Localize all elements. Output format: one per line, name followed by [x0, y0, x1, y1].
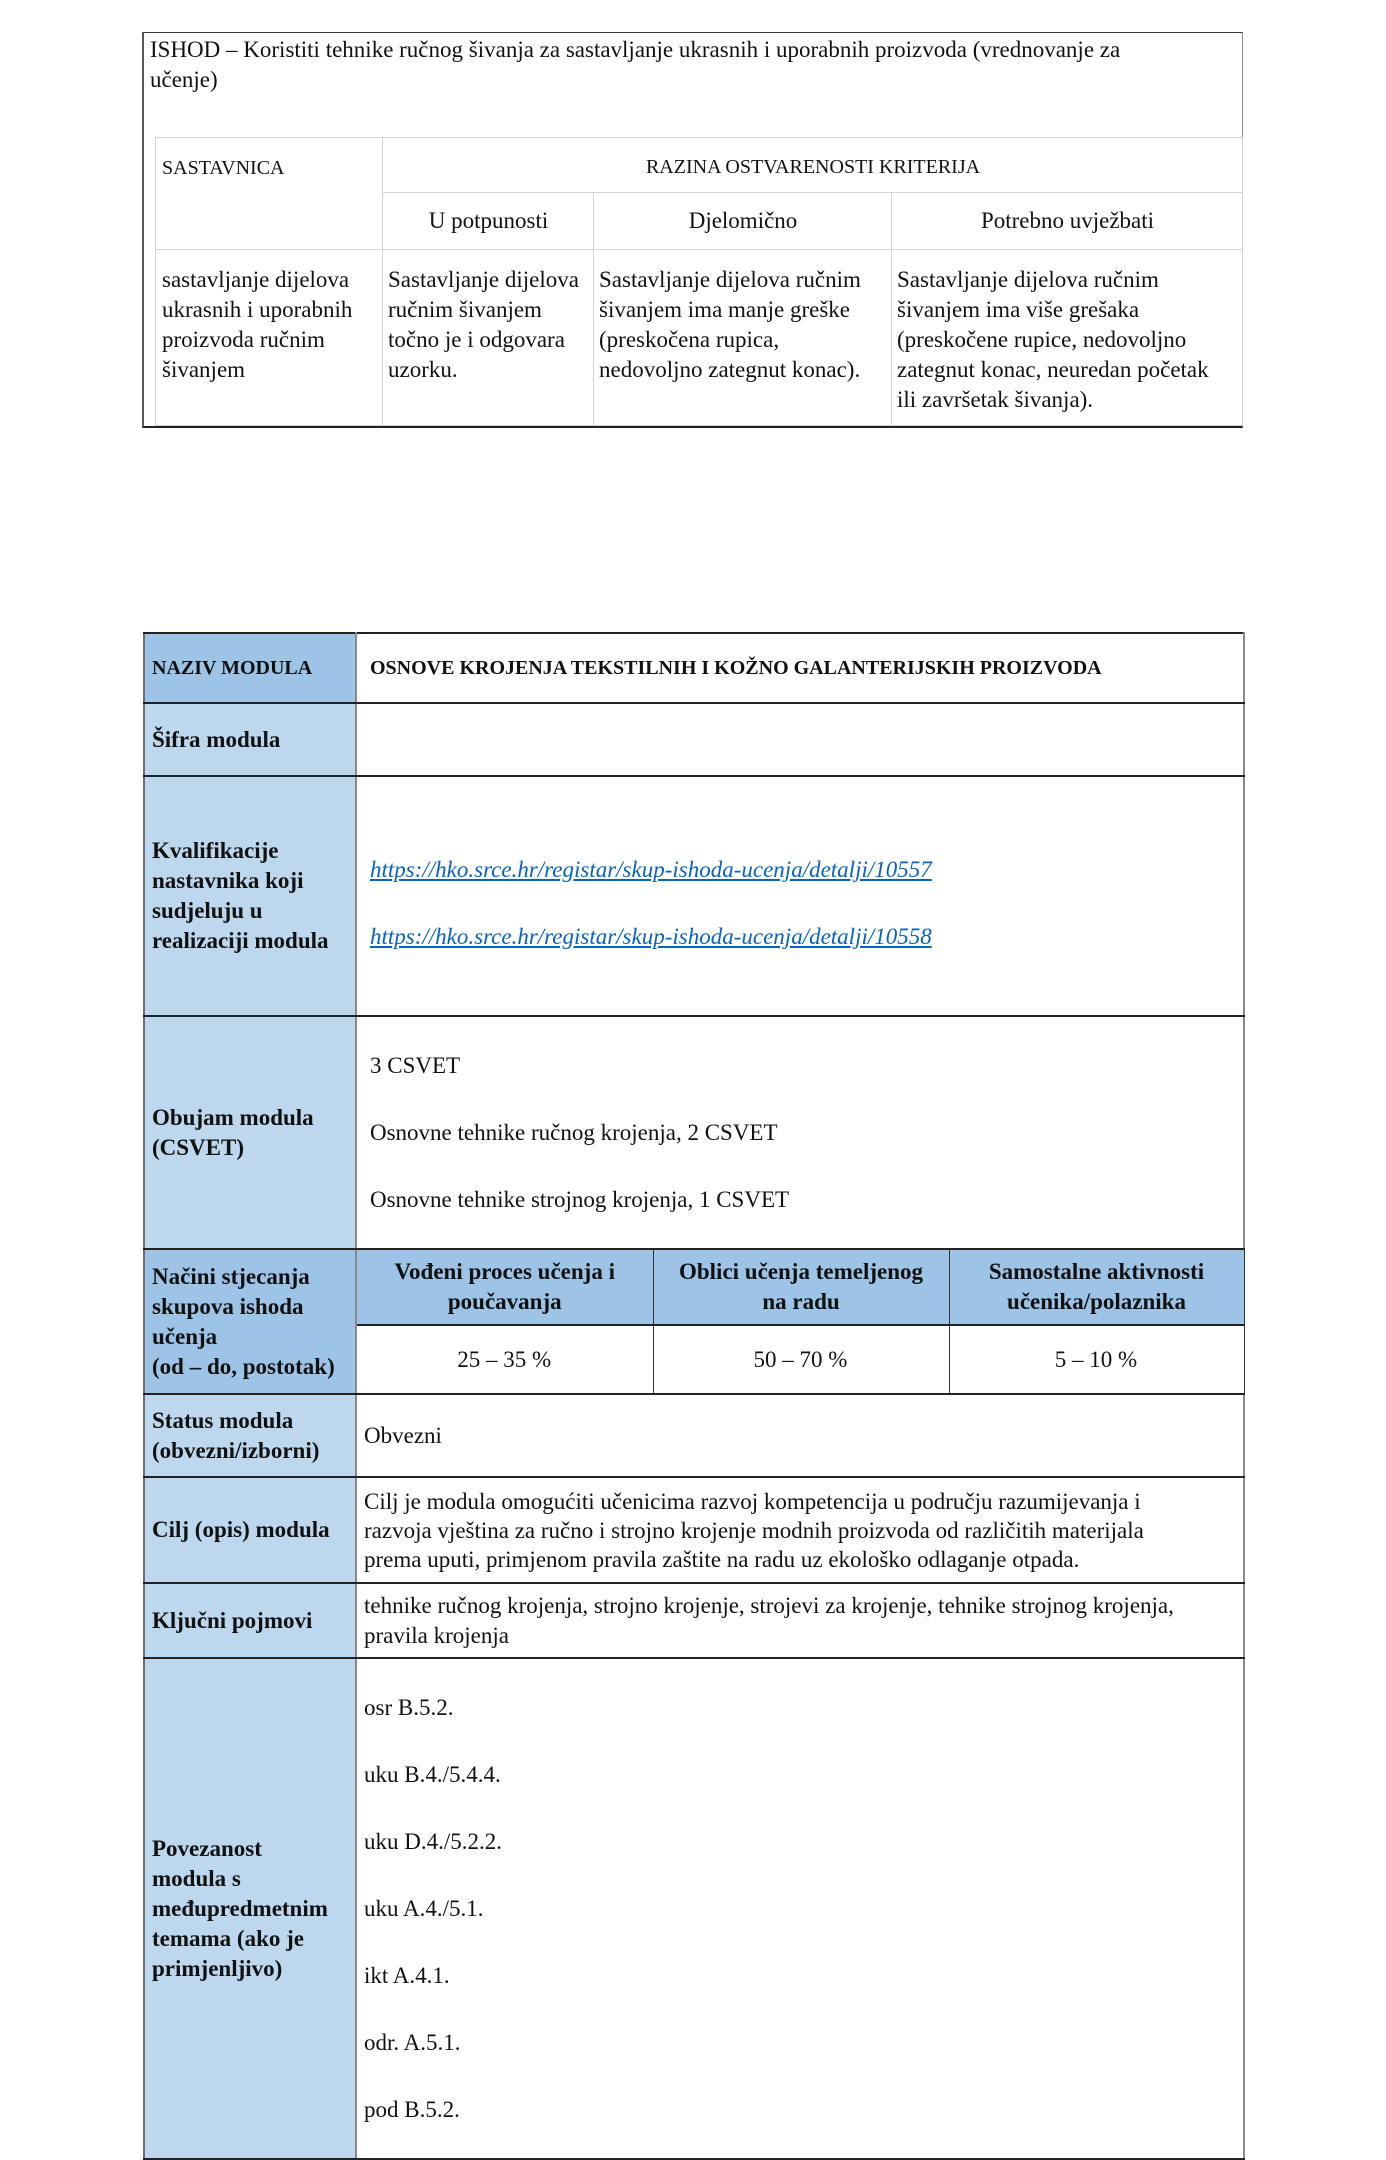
method-workbased-header: Oblici učenja temeljenog na radu	[653, 1249, 949, 1325]
volume-machine: Osnovne tehnike strojnog krojenja, 1 CSV…	[370, 1181, 1235, 1218]
volume-total: 3 CSVET	[370, 1047, 1235, 1084]
level-full: U potpunosti	[383, 193, 594, 250]
criteria-header-row: SASTAVNICA RAZINA OSTVARENOSTI KRITERIJA	[156, 138, 1243, 193]
practice-criteria-cell: Sastavljanje dijelova ručnim šivanjem im…	[892, 250, 1243, 426]
module-code-value	[356, 703, 1244, 776]
qualifications-value: https://hko.srce.hr/registar/skup-ishoda…	[356, 776, 1244, 1016]
volume-label: Obujam modula (CSVET)	[144, 1016, 356, 1249]
qualification-link-2[interactable]: https://hko.srce.hr/registar/skup-ishoda…	[370, 918, 1235, 955]
keywords-value: tehnike ručnog krojenja, strojno krojenj…	[356, 1583, 1244, 1658]
volume-value: 3 CSVET Osnovne tehnike ručnog krojenja,…	[356, 1016, 1244, 1249]
method-guided-range: 25 – 35 %	[356, 1325, 653, 1394]
component-cell: sastavljanje dijelova ukrasnih i uporabn…	[156, 250, 383, 426]
row-crosscurricular: Povezanost modula s međupredmetnim temam…	[144, 1658, 1244, 2159]
keywords-label: Ključni pojmovi	[144, 1583, 356, 1658]
list-item: pod B.5.2.	[364, 2091, 1235, 2128]
module-code-label: Šifra modula	[144, 703, 356, 776]
method-guided-header: Vođeni proces učenja i poučavanja	[356, 1249, 653, 1325]
level-practice: Potrebno uvježbati	[892, 193, 1243, 250]
methods-label: Načini stjecanja skupova ishoda učenja (…	[144, 1249, 356, 1394]
row-goal: Cilj (opis) modula Cilj je modula omoguć…	[144, 1477, 1244, 1583]
module-name-label: NAZIV MODULA	[144, 633, 356, 703]
level-partial: Djelomično	[594, 193, 892, 250]
outcome-title: ISHOD – Koristiti tehnike ručnog šivanja…	[150, 35, 1230, 95]
qualification-link-1[interactable]: https://hko.srce.hr/registar/skup-ishoda…	[370, 851, 1235, 888]
goal-value: Cilj je modula omogućiti učenicima razvo…	[356, 1477, 1244, 1583]
status-label: Status modula (obvezni/izborni)	[144, 1394, 356, 1477]
table-row: sastavljanje dijelova ukrasnih i uporabn…	[156, 250, 1243, 426]
partial-criteria-cell: Sastavljanje dijelova ručnim šivanjem im…	[594, 250, 892, 426]
row-keywords: Ključni pojmovi tehnike ručnog krojenja,…	[144, 1583, 1244, 1658]
module-table: NAZIV MODULA OSNOVE KROJENJA TEKSTILNIH …	[143, 632, 1245, 2160]
row-volume: Obujam modula (CSVET) 3 CSVET Osnovne te…	[144, 1016, 1244, 1249]
goal-label: Cilj (opis) modula	[144, 1477, 356, 1583]
row-module-name: NAZIV MODULA OSNOVE KROJENJA TEKSTILNIH …	[144, 633, 1244, 703]
criteria-table: SASTAVNICA RAZINA OSTVARENOSTI KRITERIJA…	[155, 137, 1243, 426]
crosscurricular-label: Povezanost modula s međupredmetnim temam…	[144, 1658, 356, 2159]
list-item: odr. A.5.1.	[364, 2024, 1235, 2061]
row-module-code: Šifra modula	[144, 703, 1244, 776]
method-independent-header: Samostalne aktivnosti učenika/polaznika	[949, 1249, 1244, 1325]
list-item: osr B.5.2.	[364, 1689, 1235, 1726]
list-item: uku D.4./5.2.2.	[364, 1823, 1235, 1860]
list-item: uku A.4./5.1.	[364, 1890, 1235, 1927]
module-name-value: OSNOVE KROJENJA TEKSTILNIH I KOŽNO GALAN…	[356, 633, 1244, 703]
crosscurricular-value: osr B.5.2. uku B.4./5.4.4. uku D.4./5.2.…	[356, 1658, 1244, 2159]
qualification-links: https://hko.srce.hr/registar/skup-ishoda…	[370, 807, 1235, 985]
criteria-header: RAZINA OSTVARENOSTI KRITERIJA	[383, 138, 1243, 193]
method-workbased-range: 50 – 70 %	[653, 1325, 949, 1394]
volume-manual: Osnovne tehnike ručnog krojenja, 2 CSVET	[370, 1114, 1235, 1151]
row-qualifications: Kvalifikacije nastavnika koji sudjeluju …	[144, 776, 1244, 1016]
full-criteria-cell: Sastavljanje dijelova ručnim šivanjem to…	[383, 250, 594, 426]
status-value: Obvezni	[356, 1394, 1244, 1477]
row-methods-header: Načini stjecanja skupova ishoda učenja (…	[144, 1249, 1244, 1325]
qualifications-label: Kvalifikacije nastavnika koji sudjeluju …	[144, 776, 356, 1016]
row-status: Status modula (obvezni/izborni) Obvezni	[144, 1394, 1244, 1477]
list-item: ikt A.4.1.	[364, 1957, 1235, 1994]
component-header: SASTAVNICA	[156, 138, 383, 250]
method-independent-range: 5 – 10 %	[949, 1325, 1244, 1394]
list-item: uku B.4./5.4.4.	[364, 1756, 1235, 1793]
